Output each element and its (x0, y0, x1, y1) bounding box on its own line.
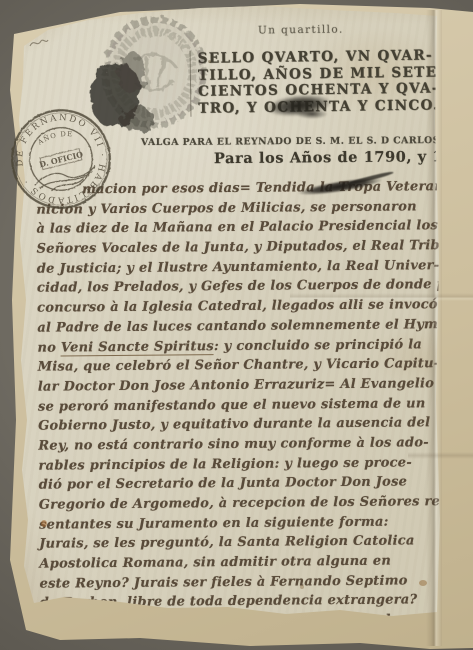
underlined-phrase: Veni Sancte Spiritus (61, 339, 214, 356)
ink-blot (296, 109, 328, 119)
years-line: Para los Años de 1790, y 1791. (214, 148, 473, 167)
manuscript-line: al Padre de las luces cantando solemneme… (37, 315, 421, 338)
fee-note: Un quartillo. (258, 24, 344, 37)
manuscript-block: macion por esos dias= Tendida la Tropa V… (36, 177, 424, 633)
manuscript-line: lar Doctor Don Jose Antonio Errazuriz= A… (38, 374, 422, 397)
document-page: Un quartillo. SELLO QVARTO, VN QVAR- TIL… (0, 0, 473, 650)
photographed-document: Un quartillo. SELLO QVARTO, VN QVAR- TIL… (0, 0, 473, 650)
